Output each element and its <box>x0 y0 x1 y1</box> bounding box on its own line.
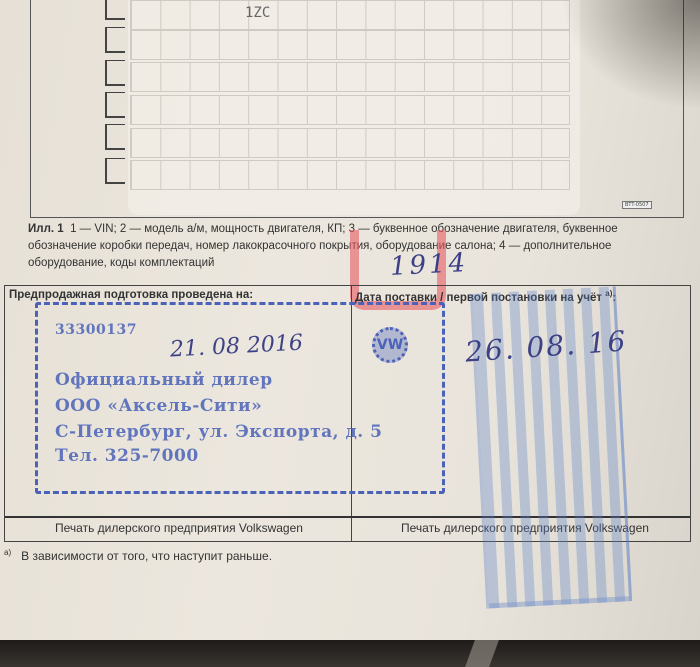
presale-header: Предпродажная подготовка проведена на: <box>9 289 253 301</box>
background-surface <box>0 640 700 667</box>
row-bracket <box>105 0 125 20</box>
row-bracket <box>105 158 125 184</box>
stamp-number: 33300137 <box>55 322 137 338</box>
row-bracket <box>105 92 125 118</box>
stamp-line: Официальный дилер <box>55 370 273 390</box>
stamp-line: С-Петербург, ул. Экспорта, д. 5 <box>55 422 382 442</box>
left-stamp-label: Печать дилерского предприятия Volkswagen <box>9 521 349 535</box>
vw-logo-icon: VW <box>372 327 408 363</box>
row-bracket <box>105 27 125 53</box>
caption-label: Илл. 1 <box>28 223 64 235</box>
handwritten-number: 1914 <box>389 248 469 282</box>
row-bracket <box>105 124 125 150</box>
footnote: а)В зависимости от того, что наступит ра… <box>4 548 272 563</box>
document-page: 1ZC G14 BTT-0507 Илл. 1 1 — VIN; 2 — мод… <box>0 0 700 640</box>
figure-code: BTT-0507 <box>622 201 652 209</box>
vin-grid <box>130 0 570 185</box>
grid-label: 1ZC <box>245 5 270 21</box>
stamp-line: ООО «Аксель-Сити» <box>55 396 262 416</box>
grid-label: G14 <box>450 0 475 4</box>
row-bracket <box>105 60 125 86</box>
stamp-line: Тел. 325-7000 <box>55 446 199 466</box>
caption-text: 1 — VIN; 2 — модель а/м, мощность двигат… <box>28 223 618 269</box>
